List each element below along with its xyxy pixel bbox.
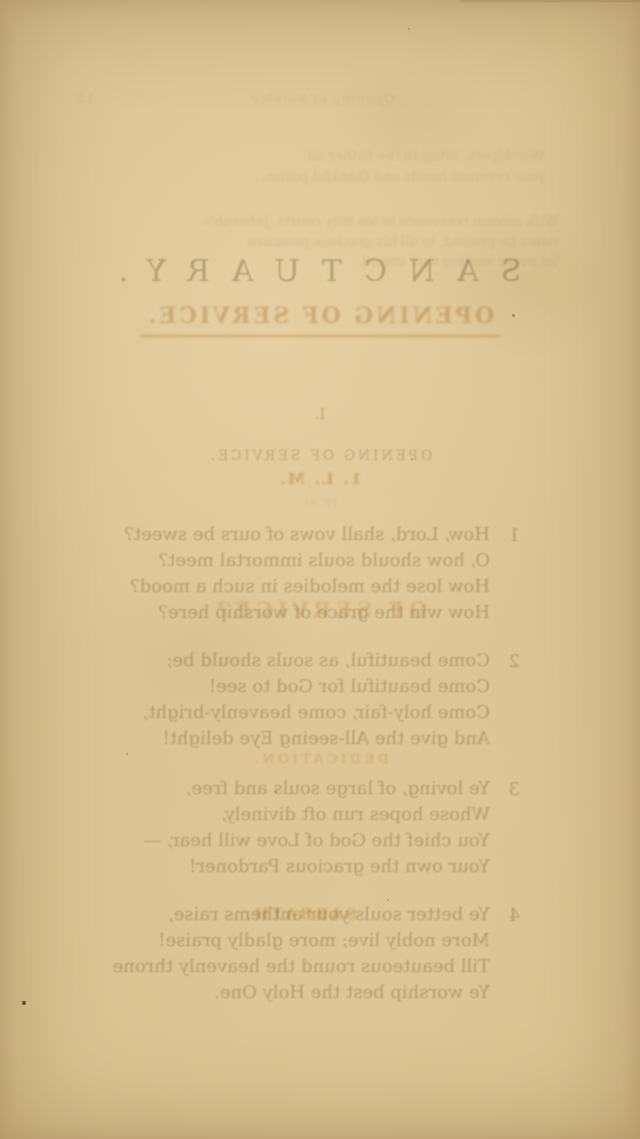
ghost-section-subtitle: OPENING OF SERVICE. <box>0 303 640 329</box>
ghost-verse-number: 3 <box>509 777 520 803</box>
ghost-service-overlap: OF SERVICE? <box>0 597 640 622</box>
ghost-hymn-header: OPENING OF SERVICE. <box>0 448 640 464</box>
ghost-verse-line: How, Lord, shall vows of ours be sweet? <box>60 522 490 548</box>
ghost-verse-line: Ye worship best the Holy One. <box>60 980 490 1006</box>
ghost-verse-line: Come beautiful, as souls should be; <box>60 648 490 674</box>
ghost-text-line: Worshipers, bring to the Father all <box>155 146 545 167</box>
foxing-speck <box>411 458 413 460</box>
scanned-blank-page: { "colors":{ "paper":"#d9c190", "paper_e… <box>0 0 640 1139</box>
ghost-tune-note: (8 s) <box>0 496 640 509</box>
ghost-verse-line: Till beauteous round the heavenly throne <box>60 954 490 980</box>
ghost-verse-line: And give the All-seeing Eye delight! <box>60 726 490 752</box>
ghost-text-line: With solemn reverence in his holy courts… <box>138 212 558 232</box>
ghost-section-title: SANCTUARY. <box>0 254 640 289</box>
foxing-speck <box>275 791 277 793</box>
ghost-running-header: Opening of Service. 12 <box>0 92 640 107</box>
ghost-verse-2: 2 Come beautiful, as souls should be; Co… <box>60 648 490 752</box>
ghost-text-line: your reverent hearts and thankful praise… <box>155 167 545 188</box>
ghost-verse-line: Come holy-fair, come heavenly-bright, <box>60 700 490 726</box>
ghost-intro-paragraph-1: Worshipers, bring to the Father all your… <box>155 146 545 188</box>
ghost-verse-line: More nobly live; more gladly praise! <box>60 928 490 954</box>
ghost-hymn-meter: 1. L. M. <box>0 469 640 488</box>
ghost-text-line: name be praised; to all his gracious pro… <box>138 232 558 252</box>
ghost-running-header-title: Opening of Service. <box>245 92 394 107</box>
ghost-verse-line: Come beautiful for God to see! <box>60 674 490 700</box>
foxing-speck <box>22 1001 26 1005</box>
ghost-verse-number: 1 <box>509 523 520 549</box>
ghost-numeral: I. <box>0 405 640 423</box>
ghost-page-number: 12 <box>76 92 95 107</box>
ghost-verse-line: Your own the gracious Pardoner! <box>60 854 490 880</box>
ghost-section-subtitle-text: OPENING OF SERVICE. <box>140 303 500 337</box>
ghost-verse-number: 4 <box>509 903 520 929</box>
ghost-verse-4: 4 Ye better souls your anthems raise, Mo… <box>60 902 490 1006</box>
ghost-verse-line: O, how should souls immortal meet? <box>60 548 490 574</box>
foxing-speck <box>126 753 128 755</box>
foxing-speck <box>387 899 389 901</box>
ghost-verse-line: Ye loving, of large souls and free, <box>60 776 490 802</box>
ghost-dedication-caption: DEDICATION. <box>0 752 640 767</box>
ghost-verse-line: Whose hopes run oft divinely, <box>60 802 490 828</box>
mirrored-showthrough-layer: Opening of Service. 12 Worshipers, bring… <box>0 0 640 1139</box>
ghost-verse-line: You chief the God of Love will hear, — <box>60 828 490 854</box>
ghost-divider-rule <box>460 0 640 2</box>
foxing-speck <box>512 314 515 317</box>
foxing-speck <box>408 28 410 30</box>
ghost-verse-number: 2 <box>509 649 520 675</box>
ghost-verse-line: Ye better souls your anthems raise, <box>60 902 490 928</box>
